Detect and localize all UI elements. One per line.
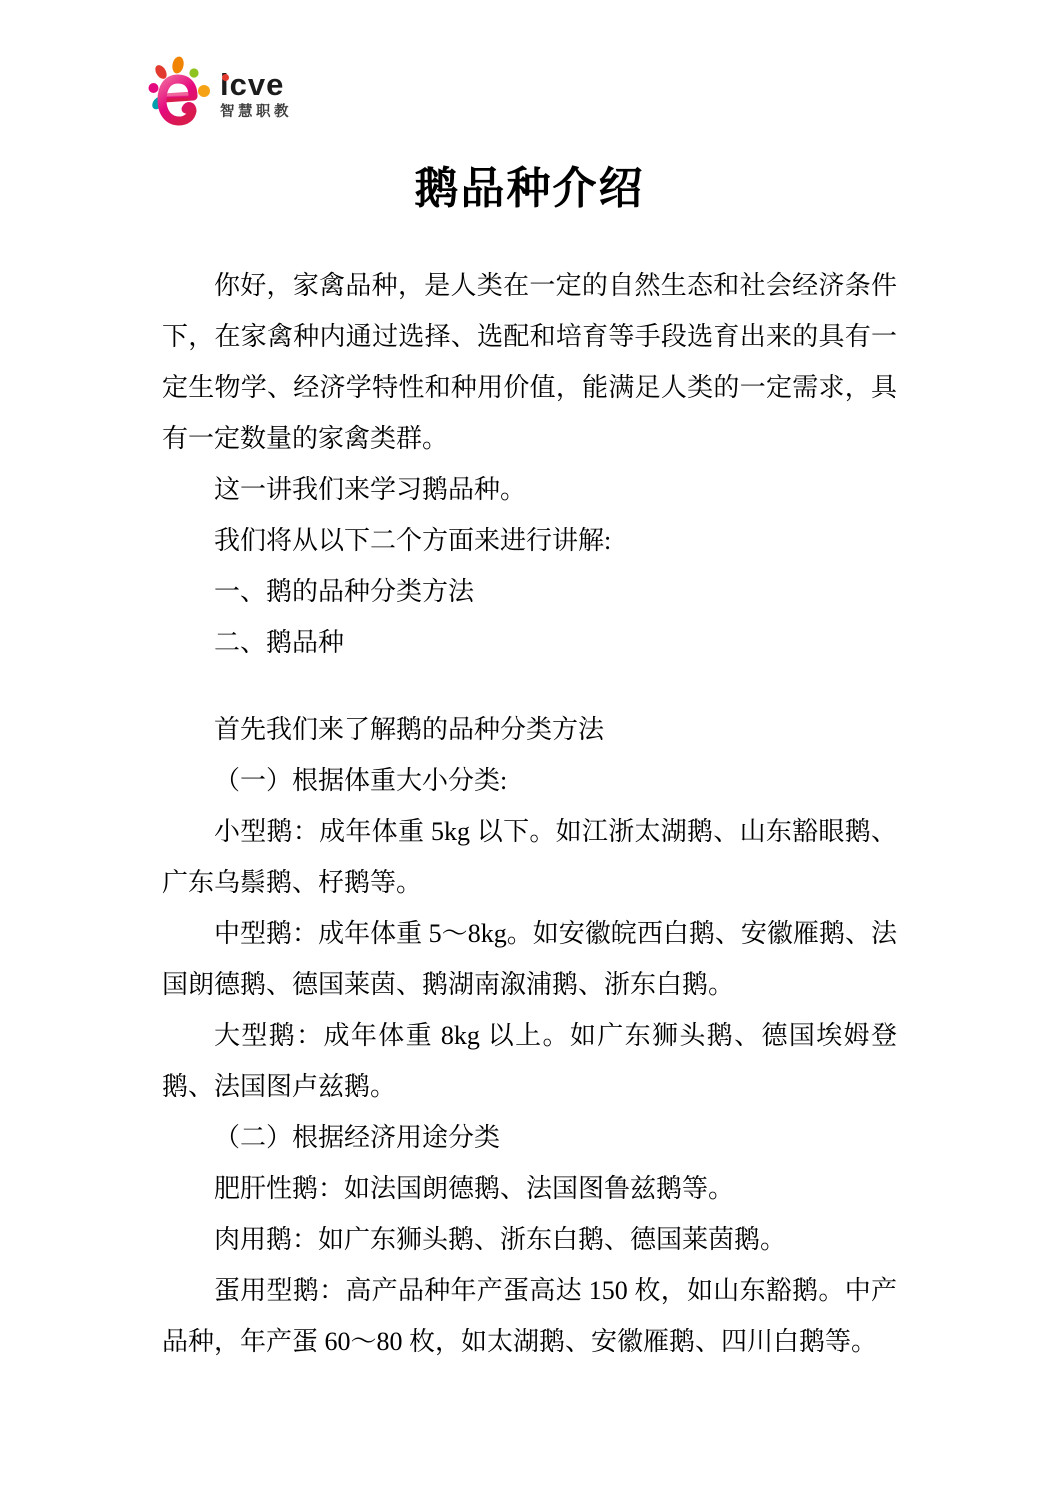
icve-subtitle: 智慧职教	[220, 100, 292, 121]
paragraph-outline-item-1: 一、鹅的品种分类方法	[162, 566, 897, 617]
heading-classify-by-weight: （一）根据体重大小分类:	[162, 755, 897, 806]
document-page: icve 智慧职教 鹅品种介绍 你好，家禽品种，是人类在一定的自然生态和社会经济…	[0, 0, 1059, 1497]
icve-i-dot-icon	[222, 74, 229, 81]
paragraph-section-lead: 首先我们来了解鹅的品种分类方法	[162, 704, 897, 755]
icve-logo-text: icve 智慧职教	[220, 54, 292, 121]
icve-brand-label: icve	[220, 67, 284, 102]
icve-brand: icve	[220, 71, 292, 99]
paragraph-large-goose: 大型鹅：成年体重 8kg 以上。如广东狮头鹅、德国埃姆登鹅、法国图卢兹鹅。	[162, 1010, 897, 1112]
paragraph-medium-goose: 中型鹅：成年体重 5～8kg。如安徽皖西白鹅、安徽雁鹅、法国朗德鹅、德国莱茵、鹅…	[162, 908, 897, 1010]
paragraph-small-goose: 小型鹅：成年体重 5kg 以下。如江浙太湖鹅、山东豁眼鹅、广东乌鬃鹅、杍鹅等。	[162, 806, 897, 908]
paragraph-egg-goose: 蛋用型鹅：高产品种年产蛋高达 150 枚，如山东豁鹅。中产品种，年产蛋 60～8…	[162, 1265, 897, 1367]
blank-line	[162, 668, 897, 704]
heading-classify-by-use: （二）根据经济用途分类	[162, 1112, 897, 1163]
document-content: 鹅品种介绍 你好，家禽品种，是人类在一定的自然生态和社会经济条件下，在家禽种内通…	[162, 158, 897, 1367]
document-body: 你好，家禽品种，是人类在一定的自然生态和社会经济条件下，在家禽种内通过选择、选配…	[162, 260, 897, 1367]
icve-flower-icon	[146, 54, 214, 130]
paragraph-intro: 你好，家禽品种，是人类在一定的自然生态和社会经济条件下，在家禽种内通过选择、选配…	[162, 260, 897, 464]
paragraph-lesson-topic: 这一讲我们来学习鹅品种。	[162, 464, 897, 515]
document-title: 鹅品种介绍	[162, 158, 897, 220]
icve-logo: icve 智慧职教	[146, 54, 292, 130]
paragraph-meat-goose: 肉用鹅：如广东狮头鹅、浙东白鹅、德国莱茵鹅。	[162, 1214, 897, 1265]
paragraph-liver-goose: 肥肝性鹅：如法国朗德鹅、法国图鲁兹鹅等。	[162, 1163, 897, 1214]
paragraph-outline-item-2: 二、鹅品种	[162, 617, 897, 668]
paragraph-outline-intro: 我们将从以下二个方面来进行讲解:	[162, 515, 897, 566]
